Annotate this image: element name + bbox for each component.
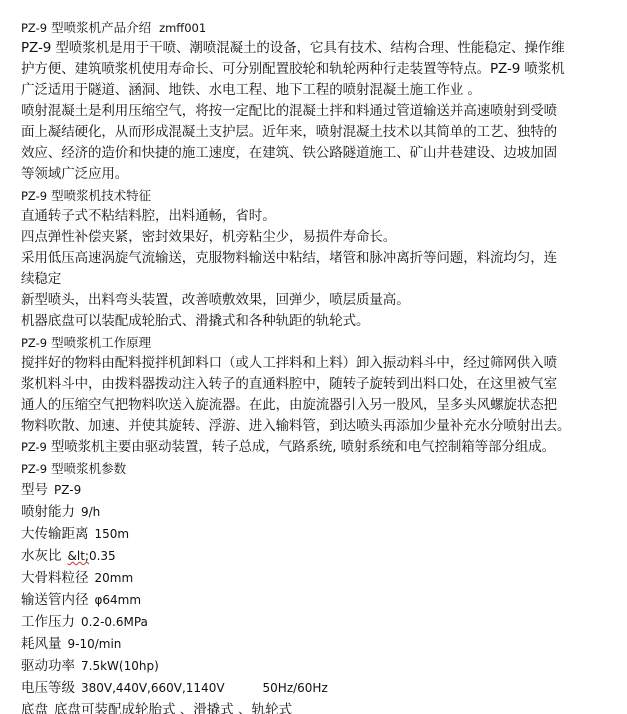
param-label: 输送管内径 bbox=[21, 589, 89, 611]
document-body: PZ-9 型喷浆机产品介绍 zmff001 PZ-9 型喷浆机是用于干喷、潮喷混… bbox=[21, 17, 611, 714]
param-value: 150m bbox=[95, 523, 130, 545]
param-water-cement-ratio: 水灰比&lt;0.35 bbox=[21, 545, 611, 567]
param-max-aggregate: 大骨料粒径20mm bbox=[21, 567, 611, 589]
feature-item-continued: 续稳定 bbox=[21, 269, 611, 290]
param-value: 9-10/min bbox=[68, 633, 122, 655]
text-line: 通人的压缩空气把物料吹送入旋流器。在此，由旋流器引入另一股风，呈多头风螺旋状态把 bbox=[21, 395, 611, 416]
param-label: 型号 bbox=[21, 479, 48, 501]
param-value: 7.5kW(10hp) bbox=[81, 655, 159, 677]
feature-item: 直通转子式不粘结料腔，出料通畅，省时。 bbox=[21, 206, 611, 227]
param-value: 9/h bbox=[81, 501, 100, 523]
param-label: 电压等级 bbox=[21, 677, 75, 699]
text-line: PZ-9 型喷浆机是用于干喷、潮喷混凝土的设备，它具有技术、结构合理、性能稳定、… bbox=[21, 38, 611, 59]
param-working-pressure: 工作压力0.2-0.6MPa bbox=[21, 611, 611, 633]
principle-heading: PZ-9 型喷浆机工作原理 bbox=[21, 332, 611, 353]
param-pipe-diameter: 输送管内径φ64mm bbox=[21, 589, 611, 611]
param-label: 大传输距离 bbox=[21, 523, 89, 545]
text-line: 物料吹散、加速、并使其旋转、浮游、进入输料管，到达喷头再添加少量补充水分喷射出去… bbox=[21, 416, 611, 437]
text-line: 浆机料斗中，由拨料器拨动注入转子的直通料腔中，随转子旋转到出料口处，在这里被气室 bbox=[21, 374, 611, 395]
title-code: zmff001 bbox=[159, 21, 206, 35]
param-label: 底盘 bbox=[21, 699, 48, 714]
param-label: 大骨料粒径 bbox=[21, 567, 89, 589]
title-text: 型喷浆机产品介绍 bbox=[51, 20, 151, 35]
text-line: 等领域广泛应用。 bbox=[21, 164, 611, 185]
feature-item: 四点弹性补偿夹紧，密封效果好，机旁粘尘少，易损件寿命长。 bbox=[21, 227, 611, 248]
heading-model: PZ-9 bbox=[21, 189, 47, 203]
intro-paragraph-2: 喷射混凝土是利用压缩空气，将按一定配比的混凝土拌和料通过管道输送并高速喷射到受喷… bbox=[21, 101, 611, 185]
heading-text: 型喷浆机技术特征 bbox=[51, 188, 151, 203]
text-line: 喷射混凝土是利用压缩空气，将按一定配比的混凝土拌和料通过管道输送并高速喷射到受喷 bbox=[21, 101, 611, 122]
param-drive-power: 驱动功率7.5kW(10hp) bbox=[21, 655, 611, 677]
param-voltage: 电压等级380V,440V,660V,1140V50Hz/60Hz bbox=[21, 677, 611, 699]
param-model: 型号PZ-9 bbox=[21, 479, 611, 501]
features-heading: PZ-9 型喷浆机技术特征 bbox=[21, 185, 611, 206]
param-label: 喷射能力 bbox=[21, 501, 75, 523]
param-value: 20mm bbox=[95, 567, 134, 589]
feature-item: 采用低压高速涡旋气流输送，克服物料输送中粘结，堵管和脉冲离折等问题，料流均匀，连 bbox=[21, 248, 611, 269]
composition-model: PZ-9 bbox=[21, 440, 47, 454]
param-label: 驱动功率 bbox=[21, 655, 75, 677]
heading-model: PZ-9 bbox=[21, 462, 47, 476]
principle-paragraph: 搅拌好的物料由配料搅拌机卸料口（或人工拌料和上料）卸入振动料斗中，经过筛网供入喷… bbox=[21, 353, 611, 437]
title-model: PZ-9 bbox=[21, 21, 47, 35]
text-line: 效应、经济的造价和快捷的施工速度，在建筑、铁公路隧道施工、矿山井巷建设、边坡加固 bbox=[21, 143, 611, 164]
intro-paragraph-1: PZ-9 型喷浆机是用于干喷、潮喷混凝土的设备，它具有技术、结构合理、性能稳定、… bbox=[21, 38, 611, 101]
document-title: PZ-9 型喷浆机产品介绍 zmff001 bbox=[21, 17, 611, 38]
heading-model: PZ-9 bbox=[21, 336, 47, 350]
param-transport-distance: 大传输距离150m bbox=[21, 523, 611, 545]
param-label: 耗风量 bbox=[21, 633, 62, 655]
parameters-list: 型号PZ-9 喷射能力9/h 大传输距离150m 水灰比&lt;0.35 大骨料… bbox=[21, 479, 611, 714]
param-value: 380V,440V,660V,1140V bbox=[81, 677, 225, 699]
param-spray-capacity: 喷射能力9/h bbox=[21, 501, 611, 523]
heading-text: 型喷浆机参数 bbox=[51, 461, 126, 476]
text-line: 护方便、建筑喷浆机使用寿命长、可分别配置胶轮和轨轮两种行走装置等特点。PZ-9 … bbox=[21, 59, 611, 80]
param-value: 底盘可装配成轮胎式 、滑撬式 、轨轮式 bbox=[54, 699, 292, 714]
param-label: 水灰比 bbox=[21, 545, 62, 567]
param-value-number: 0.35 bbox=[89, 549, 116, 563]
param-value: φ64mm bbox=[95, 589, 142, 611]
feature-item: 机器底盘可以装配成轮胎式、滑撬式和各种轨距的轨轮式。 bbox=[21, 311, 611, 332]
text-line: 搅拌好的物料由配料搅拌机卸料口（或人工拌料和上料）卸入振动料斗中，经过筛网供入喷 bbox=[21, 353, 611, 374]
spellcheck-squiggle: &lt; bbox=[68, 549, 89, 563]
param-frequency: 50Hz/60Hz bbox=[263, 677, 328, 699]
features-list: 直通转子式不粘结料腔，出料通畅，省时。 四点弹性补偿夹紧，密封效果好，机旁粘尘少… bbox=[21, 206, 611, 332]
param-value: PZ-9 bbox=[54, 479, 81, 501]
parameters-heading: PZ-9 型喷浆机参数 bbox=[21, 458, 611, 479]
text-line: 广泛适用于隧道、涵洞、地铁、水电工程、地下工程的喷射混凝土施工作业 。 bbox=[21, 80, 611, 101]
text-line: 面上凝结硬化，从而形成混凝土支护层。近年来，喷射混凝土技术以其简单的工艺、独特的 bbox=[21, 122, 611, 143]
param-value: 0.2-0.6MPa bbox=[81, 611, 148, 633]
composition-line: PZ-9 型喷浆机主要由驱动装置，转子总成，气路系统, 喷射系统和电气控制箱等部… bbox=[21, 437, 611, 458]
param-air-consumption: 耗风量9-10/min bbox=[21, 633, 611, 655]
param-value: &lt;0.35 bbox=[68, 545, 116, 567]
heading-text: 型喷浆机工作原理 bbox=[51, 335, 151, 350]
param-chassis: 底盘底盘可装配成轮胎式 、滑撬式 、轨轮式 bbox=[21, 699, 611, 714]
composition-text: 型喷浆机主要由驱动装置，转子总成，气路系统, 喷射系统和电气控制箱等部分组成。 bbox=[51, 439, 555, 455]
param-label: 工作压力 bbox=[21, 611, 75, 633]
feature-item: 新型喷头，出料弯头装置，改善喷敷效果，回弹少，喷层质量高。 bbox=[21, 290, 611, 311]
